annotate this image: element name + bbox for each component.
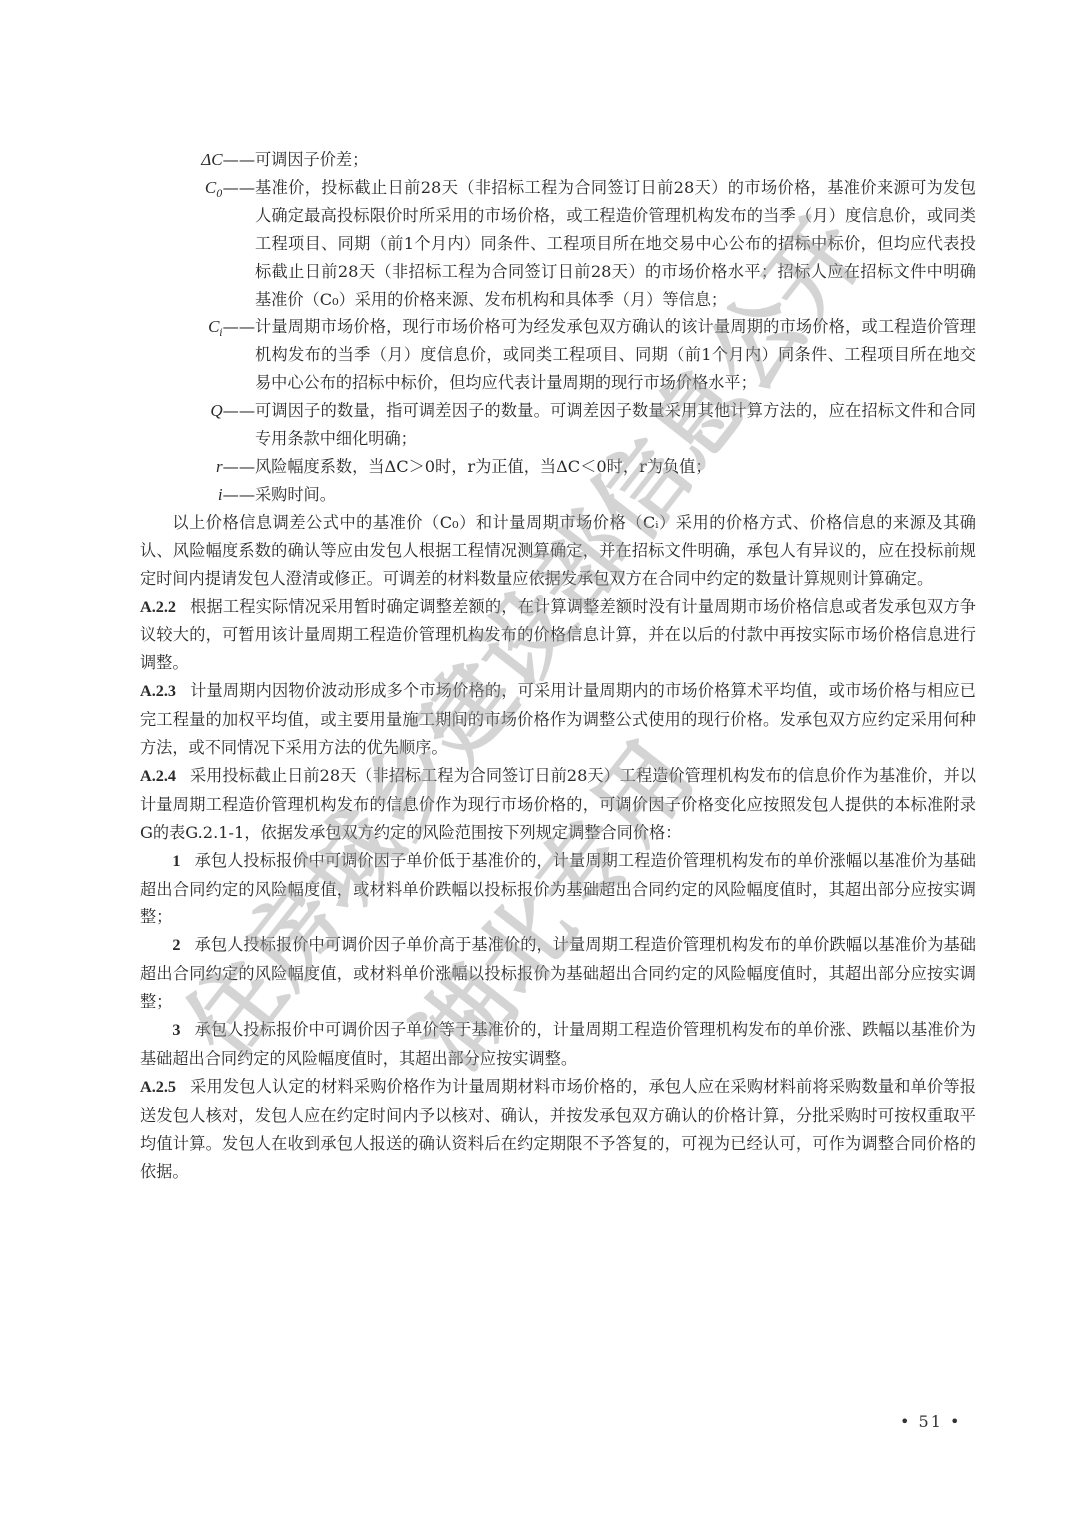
clause-a-2-3: A.2.3计量周期内因物价波动形成多个市场价格的，可采用计量周期内的市场价格算术… xyxy=(140,677,976,762)
clause-text: 根据工程实际情况采用暂时确定调整差额的，在计算调整差额时没有计量周期市场价格信息… xyxy=(140,597,976,673)
item-number: 3 xyxy=(172,1021,180,1039)
clause-number: A.2.2 xyxy=(140,598,176,616)
definition-symbol: Q—— xyxy=(210,397,255,425)
summary-paragraph: 以上价格信息调差公式中的基准价（C₀）和计量周期市场价格（Cᵢ）采用的价格方式、… xyxy=(140,509,976,593)
definition-c0: C0—— 基准价，投标截止日前28天（非招标工程为合同签订日前28天）的市场价格… xyxy=(140,174,976,314)
definition-text: 采购时间。 xyxy=(255,481,976,509)
item-number: 2 xyxy=(172,936,180,954)
definition-ci: Ci—— 计量周期市场价格，现行市场价格可为经发承包双方确认的该计量周期的市场价… xyxy=(140,313,976,397)
definition-symbol: ΔC—— xyxy=(201,146,255,174)
list-item-1: 1承包人投标报价中可调价因子单价低于基准价的，计量周期工程造价管理机构发布的单价… xyxy=(140,847,976,932)
definition-text: 基准价，投标截止日前28天（非招标工程为合同签订日前28天）的市场价格，基准价来… xyxy=(255,174,976,314)
definition-text: 计量周期市场价格，现行市场价格可为经发承包双方确认的该计量周期的市场价格，或工程… xyxy=(255,313,976,397)
clause-number: A.2.4 xyxy=(140,767,176,785)
list-item-3: 3承包人投标报价中可调价因子单价等于基准价的，计量周期工程造价管理机构发布的单价… xyxy=(140,1016,976,1073)
clause-text: 采用发包人认定的材料采购价格作为计量周期材料市场价格的，承包人应在采购材料前将采… xyxy=(140,1077,976,1181)
definition-i: i—— 采购时间。 xyxy=(140,481,976,509)
page-content: ΔC—— 可调因子价差； C0—— 基准价，投标截止日前28天（非招标工程为合同… xyxy=(140,146,976,1186)
list-item-2: 2承包人投标报价中可调价因子单价高于基准价的，计量周期工程造价管理机构发布的单价… xyxy=(140,931,976,1016)
document-page: ΔC—— 可调因子价差； C0—— 基准价，投标截止日前28天（非招标工程为合同… xyxy=(0,0,1080,1529)
clause-a-2-4: A.2.4采用投标截止日前28天（非招标工程为合同签订日前28天）工程造价管理机… xyxy=(140,762,976,847)
clause-text: 计量周期内因物价波动形成多个市场价格的，可采用计量周期内的市场价格算术平均值，或… xyxy=(140,681,976,757)
definition-q: Q—— 可调因子的数量，指可调差因子的数量。可调差因子数量采用其他计算方法的，应… xyxy=(140,397,976,453)
clause-text: 采用投标截止日前28天（非招标工程为合同签订日前28天）工程造价管理机构发布的信… xyxy=(140,766,976,842)
item-text: 承包人投标报价中可调价因子单价高于基准价的，计量周期工程造价管理机构发布的单价跌… xyxy=(140,935,976,1011)
definition-text: 可调因子的数量，指可调差因子的数量。可调差因子数量采用其他计算方法的，应在招标文… xyxy=(255,397,976,453)
definition-r: r—— 风险幅度系数，当ΔC＞0时，r为正值，当ΔC＜0时，r为负值； xyxy=(140,453,976,481)
definition-text: 可调因子价差； xyxy=(255,146,976,174)
item-number: 1 xyxy=(172,852,180,870)
item-text: 承包人投标报价中可调价因子单价等于基准价的，计量周期工程造价管理机构发布的单价涨… xyxy=(140,1020,976,1068)
clause-a-2-2: A.2.2根据工程实际情况采用暂时确定调整差额的，在计算调整差额时没有计量周期市… xyxy=(140,593,976,678)
definition-delta-c: ΔC—— 可调因子价差； xyxy=(140,146,976,174)
item-text: 承包人投标报价中可调价因子单价低于基准价的，计量周期工程造价管理机构发布的单价涨… xyxy=(140,851,976,927)
definition-text: 风险幅度系数，当ΔC＞0时，r为正值，当ΔC＜0时，r为负值； xyxy=(255,453,976,481)
clause-number: A.2.5 xyxy=(140,1078,176,1096)
clause-a-2-5: A.2.5采用发包人认定的材料采购价格作为计量周期材料市场价格的，承包人应在采购… xyxy=(140,1073,976,1186)
definition-symbol: C0—— xyxy=(205,174,255,209)
definition-symbol: r—— xyxy=(216,453,255,481)
definition-symbol: Ci—— xyxy=(208,313,255,348)
clause-number: A.2.3 xyxy=(140,682,176,700)
definition-symbol: i—— xyxy=(218,481,255,509)
page-number: • 51 • xyxy=(900,1412,961,1431)
